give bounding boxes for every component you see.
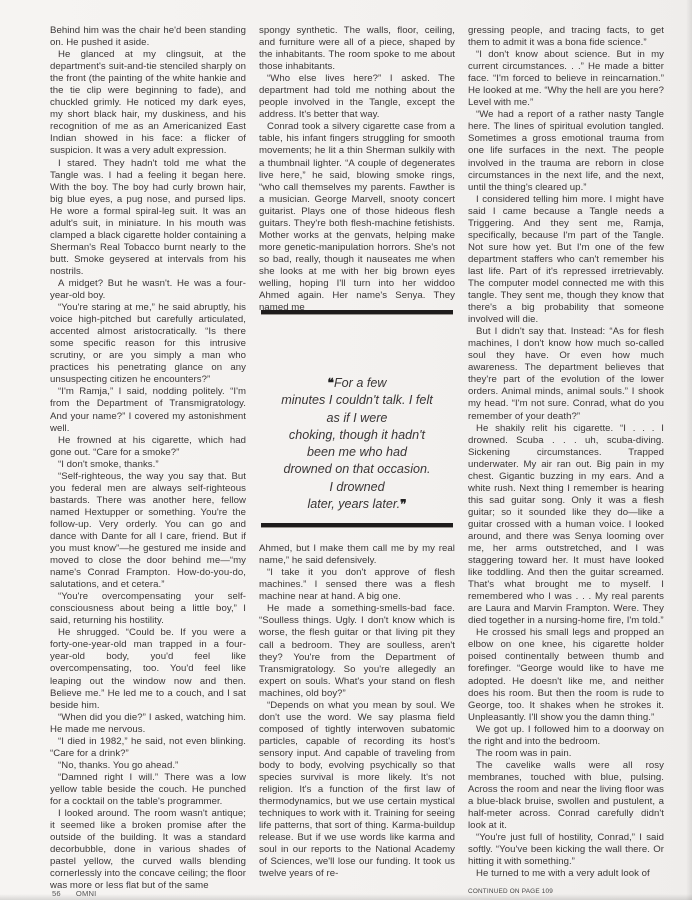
paragraph: gressing people, and tracing facts, to g… (468, 25, 664, 49)
paragraph: He shakily relit his cigarette. “I . . .… (468, 423, 664, 628)
paragraph: “You're just full of hostility, Conrad,”… (468, 832, 664, 868)
close-quote-icon: ❞ (400, 497, 406, 511)
paragraph: I stared. They hadn't told me what the T… (50, 158, 246, 278)
magazine-page: Behind him was the chair he'd been stand… (0, 0, 692, 900)
paragraph: He turned to me with a very adult look o… (468, 868, 664, 880)
page-bottom-shadow (0, 894, 692, 900)
pull-quote-top-rule (261, 310, 453, 315)
paragraph: “You're staring at me,” he said abruptly… (50, 302, 246, 386)
page-edge-shadow (686, 0, 692, 900)
paragraph: He frowned at his cigarette, which had g… (50, 435, 246, 459)
paragraph: The room was in pain. (468, 748, 664, 760)
pull-quote-line: For a few (334, 376, 387, 390)
paragraph: “Self-righteous, the way you say that. B… (50, 471, 246, 591)
column-2-bottom-text: Ahmed, but I make them call me by my rea… (259, 543, 455, 880)
paragraph: “I don't know about science. But in my c… (468, 49, 664, 109)
paragraph: “I don't smoke, thanks.” (50, 459, 246, 471)
paragraph: “Depends on what you mean by soul. We do… (259, 700, 455, 881)
pull-quote-text: ❝For a fewminutes I couldn't talk. I fel… (261, 375, 453, 513)
column-2-top-text: spongy synthetic. The walls, floor, ceil… (259, 25, 455, 314)
paragraph: “When did you die?” I asked, watching hi… (50, 712, 246, 736)
pull-quote: ❝For a fewminutes I couldn't talk. I fel… (261, 310, 453, 532)
paragraph: He crossed his small legs and propped an… (468, 627, 664, 723)
paragraph: The cavelike walls were all rosy membran… (468, 760, 664, 832)
paragraph: “I died in 1982,” he said, not even blin… (50, 736, 246, 760)
pull-quote-line: choking, though it hadn't (289, 428, 425, 442)
paragraph: “No, thanks. You go ahead.” (50, 760, 246, 772)
paragraph: Behind him was the chair he'd been stand… (50, 25, 246, 49)
paragraph: “You're overcompensating your self-consc… (50, 591, 246, 627)
paragraph: “Who else lives here?” I asked. The depa… (259, 73, 455, 121)
paragraph: He made a something-smells-bad face. “So… (259, 603, 455, 699)
pull-quote-line: as if I were (327, 411, 388, 425)
paragraph: I considered telling him more. I might h… (468, 194, 664, 327)
article-column-3: gressing people, and tracing facts, to g… (468, 25, 664, 880)
pull-quote-line: later, years later. (307, 497, 400, 511)
paragraph: But I didn't say that. Instead: “As for … (468, 326, 664, 422)
pull-quote-line: been me who had (307, 445, 407, 459)
pull-quote-line: minutes I couldn't talk. I felt (281, 393, 433, 407)
paragraph: I looked around. The room wasn't antique… (50, 808, 246, 892)
pull-quote-bottom-rule (261, 523, 453, 528)
pull-quote-line: I drowned (329, 480, 384, 494)
paragraph: “I take it you don't approve of flesh ma… (259, 567, 455, 603)
pull-quote-line: drowned on that occasion. (283, 462, 430, 476)
paragraph: A midget? But he wasn't. He was a four-y… (50, 278, 246, 302)
paragraph: “Damned right I will.” There was a low y… (50, 772, 246, 808)
paragraph: “We had a report of a rather nasty Tangl… (468, 109, 664, 193)
paragraph: “I'm Ramja,” I said, nodding politely. “… (50, 386, 246, 434)
paragraph: He glanced at my clingsuit, at the depar… (50, 49, 246, 157)
paragraph: spongy synthetic. The walls, floor, ceil… (259, 25, 455, 73)
paragraph: He shrugged. “Could be. If you were a fo… (50, 627, 246, 711)
paragraph: We got up. I followed him to a doorway o… (468, 724, 664, 748)
article-column-1: Behind him was the chair he'd been stand… (50, 25, 246, 892)
paragraph: Conrad took a silvery cigarette case fro… (259, 121, 455, 314)
paragraph: Ahmed, but I make them call me by my rea… (259, 543, 455, 567)
